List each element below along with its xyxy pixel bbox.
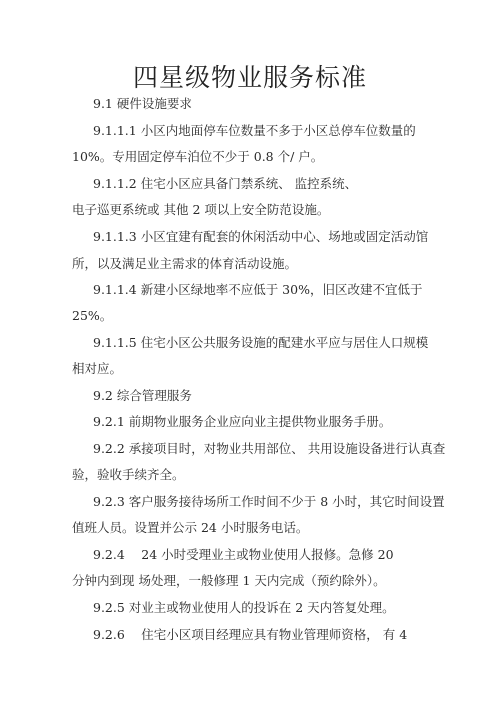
text-line: 9.2.5 对业主或物业使用人的投诉在 2 天内答复处理。: [93, 600, 395, 616]
text-line: 值班人员。设置并公示 24 小时服务电话。: [72, 520, 308, 536]
text-line: 分钟内到现 场处理，一般修理 1 天内完成（预约除外）。: [72, 573, 386, 589]
text-line: 相对应。: [72, 361, 122, 377]
text-line: 9.2.3 客户服务接待场所工作时间不少于 8 小时，其它时间设置: [93, 494, 445, 510]
text-line: 9.1.1.3 小区宜建有配套的休闲活动中心、场地或固定活动馆: [93, 229, 428, 245]
text-line: 9.1.1.1 小区内地面停车位数量不多于小区总停车位数量的: [93, 123, 416, 139]
text-line: 9.2 综合管理服务: [93, 388, 192, 404]
text-line: 9.2.4 24 小时受理业主或物业使用人报修。急修 20: [93, 547, 394, 563]
text-line: 25%。: [72, 308, 112, 324]
text-line: 9.2.6 住宅小区项目经理应具有物业管理师资格， 有 4: [93, 627, 407, 643]
document-title: 四星级物业服务标准: [0, 58, 500, 94]
text-line: 电子巡更系统或 其他 2 项以上安全防范设施。: [72, 202, 329, 218]
text-line: 10%。专用固定停车泊位不少于 0.8 个/ 户。: [72, 149, 323, 165]
text-line: 所，以及满足业主需求的体育活动设施。: [72, 256, 297, 272]
text-line: 9.1 硬件设施要求: [93, 96, 192, 112]
text-line: 9.1.1.2 住宅小区应具备门禁系统、 监控系统、: [93, 176, 357, 192]
text-line: 验，验收手续齐全。: [72, 467, 185, 483]
text-line: 9.2.1 前期物业服务企业应向业主提供物业服务手册。: [93, 414, 391, 430]
text-line: 9.2.2 承接项目时，对物业共用部位、 共用设施设备进行认真查: [93, 441, 445, 457]
text-line: 9.1.1.5 住宅小区公共服务设施的配建水平应与居住人口规模: [93, 335, 428, 351]
text-line: 9.1.1.4 新建小区绿地率不应低于 30%，旧区改建不宜低于: [93, 282, 422, 298]
